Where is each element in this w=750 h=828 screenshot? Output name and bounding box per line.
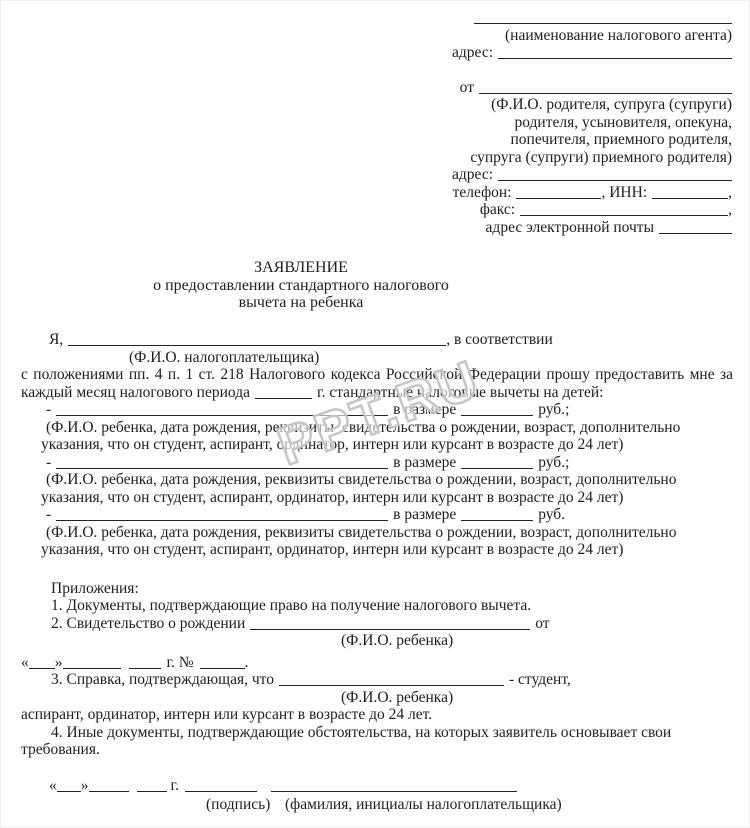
tax-period-year-field — [255, 385, 312, 399]
phone-label: телефон: — [453, 184, 512, 201]
sign-date-day-field — [57, 778, 81, 792]
birth-certificate-field — [250, 616, 530, 630]
email-field — [659, 220, 732, 234]
from-label: от — [460, 79, 474, 96]
comma: , — [728, 201, 732, 218]
attachment-4-line-2: требования. — [21, 741, 733, 759]
child-deduction-row: -в размереруб. — [46, 506, 733, 524]
attachment-3-label: 3. Справка, подтверждающая, что — [51, 671, 274, 688]
from-caption-line-2: родителя, усыновителя, опекуна, — [440, 114, 732, 132]
applicant-address-row: адрес: — [440, 166, 732, 184]
application-title: ЗАЯВЛЕНИЕ — [21, 259, 581, 277]
child-caption-line-2: указания, что он студент, аспирант, орди… — [41, 489, 733, 507]
attachment-1: 1. Документы, подтверждающие право на по… — [51, 597, 733, 615]
agent-address-row: адрес: — [440, 44, 732, 62]
child-name-caption: (Ф.И.О. ребенка) — [341, 632, 733, 650]
size-label: в размере — [393, 454, 456, 471]
deduction-amount-field — [461, 455, 533, 469]
child-caption-line-2: указания, что он студент, аспирант, орди… — [41, 436, 733, 454]
taxpayer-name-field — [68, 332, 446, 346]
address-label: адрес: — [452, 44, 493, 61]
dash: - — [46, 454, 51, 471]
deduction-amount-field — [461, 507, 533, 521]
name-caption: (фамилия, инициалы налогоплательщика) — [285, 796, 562, 814]
student-name-field — [279, 672, 504, 686]
application-subtitle-1: о предоставлении стандартного налогового — [21, 277, 581, 295]
from-caption-line-3: попечителя, приемного родителя, — [440, 131, 732, 149]
child-caption-line-2: указания, что он студент, аспирант, орди… — [41, 541, 733, 559]
certificate-date-row: «»г. №. — [21, 654, 733, 672]
attachment-3-continuation: аспирант, ординатор, интерн или курсант … — [21, 706, 733, 724]
child-caption-line-1: (Ф.И.О. ребенка, дата рождения, реквизит… — [46, 419, 733, 437]
date-year-field — [129, 655, 161, 669]
tax-agent-header: (наименование налогового агента) адрес: … — [440, 9, 732, 236]
rub-label: руб. — [538, 506, 565, 523]
dash: - — [46, 401, 51, 418]
quote-open: « — [49, 777, 57, 794]
from-row: от — [440, 79, 732, 97]
child-deduction-row: -в размереруб.; — [46, 454, 733, 472]
child-name-field — [56, 507, 388, 521]
agent-name-field — [474, 10, 732, 24]
address-field — [498, 45, 732, 59]
certificate-number-field — [200, 655, 245, 669]
child-name-field — [56, 455, 388, 469]
signature-date-row: «»г. — [49, 777, 733, 795]
fax-row: факс:, — [440, 201, 732, 219]
rub-label: руб.; — [538, 454, 569, 471]
email-row: адрес электронной почты — [440, 219, 732, 237]
from-field — [479, 80, 732, 94]
title-block: ЗАЯВЛЕНИЕ о предоставлении стандартного … — [21, 259, 581, 312]
quote-close: » — [81, 777, 89, 794]
child-name-field — [56, 402, 388, 416]
dash: - — [46, 506, 51, 523]
attachment-3-row: 3. Справка, подтверждающая, что- студент… — [51, 671, 733, 689]
attachment-2-label: 2. Свидетельство о рождении — [51, 615, 245, 632]
date-day-field — [29, 655, 55, 669]
from-caption-line-1: (Ф.И.О. родителя, супруга (супруги) — [440, 96, 732, 114]
comma: , — [728, 184, 732, 201]
fullname-field — [271, 778, 517, 792]
email-label: адрес электронной почты — [486, 219, 654, 236]
document-body: Я,, в соответствии (Ф.И.О. налогоплатель… — [21, 331, 733, 819]
fax-label: факс: — [480, 201, 515, 218]
i-suffix: , в соответствии — [446, 331, 553, 348]
sign-date-month-field — [89, 778, 129, 792]
from-caption-line-4: супруга (супруги) приемного родителя) — [440, 149, 732, 167]
quote-open: « — [21, 654, 29, 671]
period: . — [245, 654, 249, 671]
child-name-caption: (Ф.И.О. ребенка) — [341, 689, 733, 707]
attachment-2-row: 2. Свидетельство о рожденииот — [51, 615, 733, 633]
phone-inn-row: телефон:, ИНН:, — [440, 184, 732, 202]
taxpayer-name-caption: (Ф.И.О. налогоплательщика) — [129, 349, 733, 367]
agent-name-row — [440, 9, 732, 27]
application-subtitle-2: вычета на ребенка — [21, 294, 581, 312]
quote-close: » — [55, 654, 63, 671]
year-number-label: г. № — [167, 654, 194, 671]
sign-date-year-field — [137, 778, 167, 792]
document-page: PPT.RU (наименование налогового агента) … — [0, 0, 750, 828]
size-label: в размере — [393, 401, 456, 418]
spacer — [21, 559, 733, 576]
attachment-2-suffix: от — [535, 615, 549, 632]
attachments-heading: Приложения: — [51, 580, 733, 598]
signature-caption: (подпись) — [206, 796, 270, 814]
agent-name-caption: (наименование налогового агента) — [440, 27, 732, 45]
taxpayer-intro-row: Я,, в соответствии — [49, 331, 733, 349]
tax-period-post: г. стандартные налоговые вычеты на детей… — [317, 384, 603, 401]
size-label: в размере — [393, 506, 456, 523]
child-caption-line-1: (Ф.И.О. ребенка, дата рождения, реквизит… — [46, 524, 733, 542]
applicant-address-field — [498, 167, 732, 181]
address-label: адрес: — [452, 166, 493, 183]
inn-label: , ИНН: — [601, 184, 647, 201]
tax-period-pre: каждый месяц налогового периода — [21, 384, 250, 401]
spacer — [440, 62, 732, 79]
date-month-field — [63, 655, 121, 669]
fax-field — [520, 202, 728, 216]
year-label: г. — [171, 777, 179, 794]
signature-block: «»г. (подпись) (фамилия, инициалы налого… — [21, 777, 733, 819]
signature-field — [185, 778, 257, 792]
rub-label: руб.; — [538, 401, 569, 418]
legal-basis-paragraph: с положениями пп. 4 п. 1 ст. 218 Налогов… — [21, 366, 733, 384]
attachment-4-line-1: 4. Иные документы, подтверждающие обстоя… — [51, 724, 733, 742]
phone-field — [516, 185, 601, 199]
i-label: Я, — [49, 331, 63, 348]
inn-field — [652, 185, 728, 199]
deduction-amount-field — [461, 402, 533, 416]
child-deduction-row: -в размереруб.; — [46, 401, 733, 419]
attachment-3-suffix: - студент, — [509, 671, 571, 688]
tax-period-row: каждый месяц налогового периодаг. станда… — [21, 384, 733, 402]
child-caption-line-1: (Ф.И.О. ребенка, дата рождения, реквизит… — [46, 471, 733, 489]
